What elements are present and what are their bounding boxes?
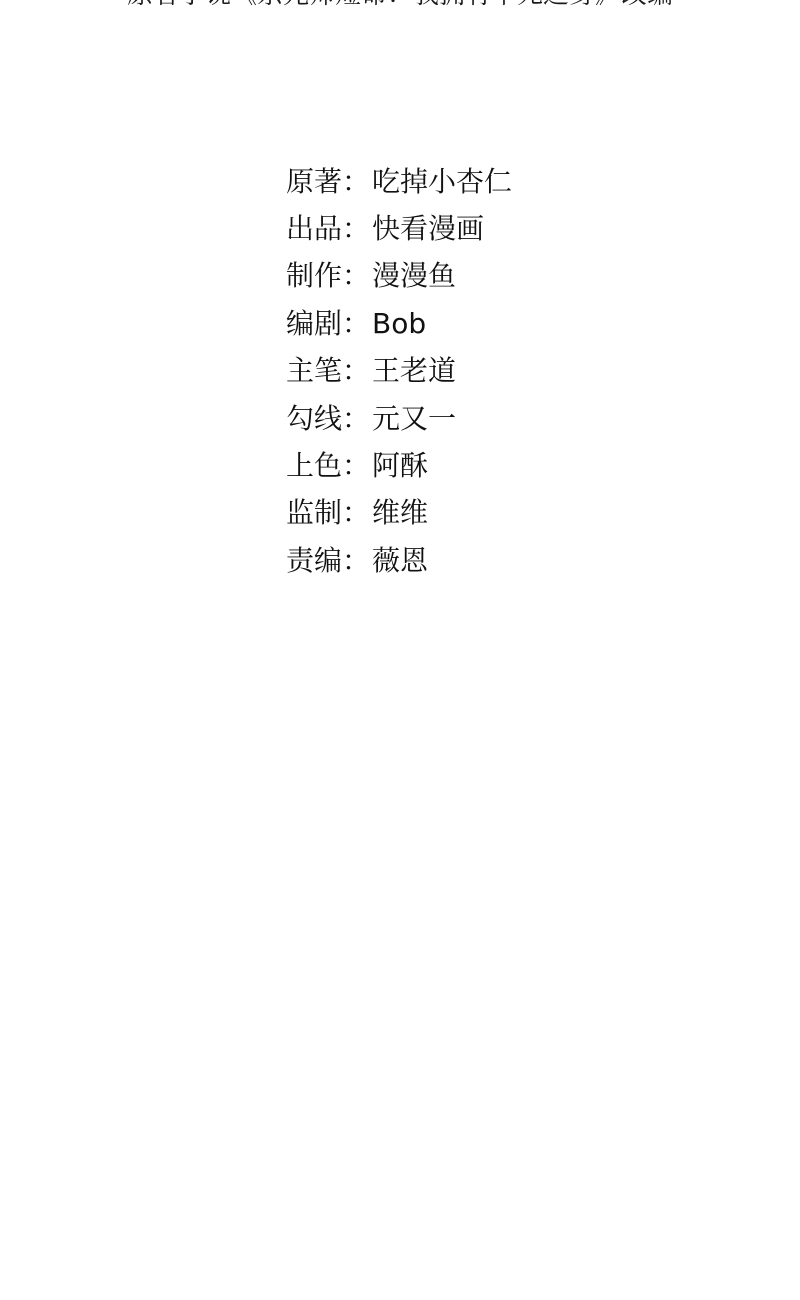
credit-row-screenwriter: 编剧： Bob [286, 300, 512, 347]
adaptation-caption: 原著小说《宗元师短命：我拥有不死之身》改编 [0, 0, 800, 9]
credit-label: 出品： [286, 210, 372, 248]
credit-row-publisher: 出品： 快看漫画 [286, 205, 512, 252]
credit-value: 阿酥 [372, 447, 428, 485]
credit-label: 编剧： [286, 305, 372, 343]
credit-label: 责编： [286, 542, 372, 580]
credit-row-line-art: 勾线： 元又一 [286, 395, 512, 442]
credit-row-lead-artist: 主笔： 王老道 [286, 348, 512, 395]
credit-label: 监制： [286, 494, 372, 532]
credit-row-original-author: 原著： 吃掉小杏仁 [286, 158, 512, 205]
credit-value: 漫漫鱼 [372, 257, 456, 295]
credit-label: 上色： [286, 447, 372, 485]
credit-value: 维维 [372, 494, 428, 532]
credit-label: 制作： [286, 257, 372, 295]
credit-label: 原著： [286, 163, 372, 201]
credit-label: 主笔： [286, 352, 372, 390]
credit-row-supervisor: 监制： 维维 [286, 490, 512, 537]
credits-list: 原著： 吃掉小杏仁 出品： 快看漫画 制作： 漫漫鱼 编剧： Bob 主笔： 王… [286, 158, 512, 585]
credit-row-editor: 责编： 薇恩 [286, 537, 512, 584]
credit-row-coloring: 上色： 阿酥 [286, 442, 512, 489]
credit-value: 元又一 [372, 400, 456, 438]
credit-value: 吃掉小杏仁 [372, 163, 512, 201]
credit-row-production: 制作： 漫漫鱼 [286, 253, 512, 300]
credit-value: Bob [372, 305, 426, 343]
credit-value: 快看漫画 [372, 210, 484, 248]
credit-label: 勾线： [286, 400, 372, 438]
credit-value: 王老道 [372, 352, 456, 390]
credit-value: 薇恩 [372, 542, 428, 580]
